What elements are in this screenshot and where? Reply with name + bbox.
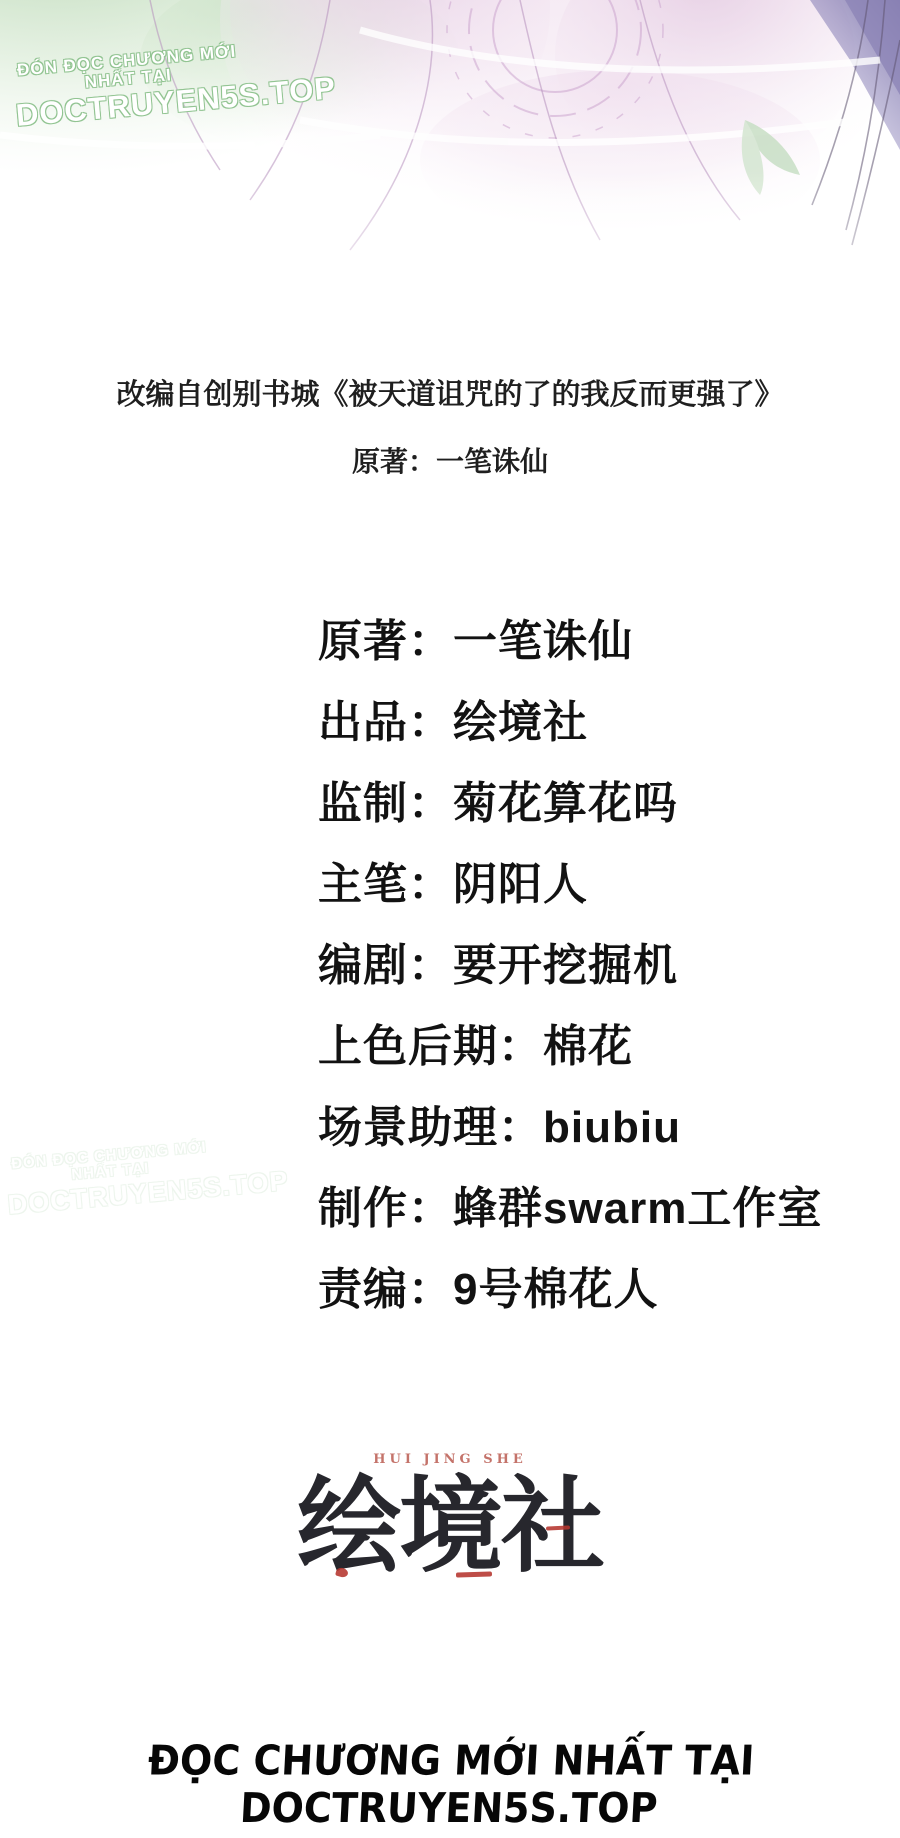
credit-line: 上色后期：棉花 xyxy=(318,1006,878,1087)
studio-logo-name: 绘境社 xyxy=(0,1471,900,1580)
credit-line: 场景助理：biubiu xyxy=(318,1087,878,1168)
comic-credits-page: { "page": { "background": "#ffffff" }, "… xyxy=(0,0,900,1838)
site-watermark-middle: ĐÓN ĐỌC CHƯƠNG MỚI NHẤT TẠI DOCTRUYEN5S.… xyxy=(4,1139,219,1219)
credit-line: 出品：绘境社 xyxy=(318,682,878,763)
leaf-icon xyxy=(742,120,800,195)
credit-line: 编剧：要开挖掘机 xyxy=(318,925,878,1006)
author-line-small: 原著：一笔诛仙 xyxy=(0,440,900,480)
adaptation-source-line: 改编自创别书城《被天道诅咒的了的我反而更强了》 xyxy=(0,372,900,413)
studio-logo: HUI JING SHE 绘境社 xyxy=(0,1452,900,1580)
credits-list: 原著：一笔诛仙出品：绘境社监制：菊花算花吗主笔：阴阳人编剧：要开挖掘机上色后期：… xyxy=(318,601,878,1330)
credit-line: 原著：一笔诛仙 xyxy=(318,601,878,682)
footer-site-caption: ĐỌC CHƯƠNG MỚI NHẤT TẠI DOCTRUYEN5S.TOP xyxy=(0,1736,900,1831)
credit-line: 制作：蜂群swarm工作室 xyxy=(318,1168,878,1249)
credit-line: 监制：菊花算花吗 xyxy=(318,763,878,844)
credit-line: 责编：9号棉花人 xyxy=(318,1249,878,1330)
site-watermark-top: ĐÓN ĐỌC CHƯƠNG MỚI NHẤT TẠI DOCTRUYEN5S.… xyxy=(11,42,246,132)
credit-line: 主笔：阴阳人 xyxy=(318,844,878,925)
